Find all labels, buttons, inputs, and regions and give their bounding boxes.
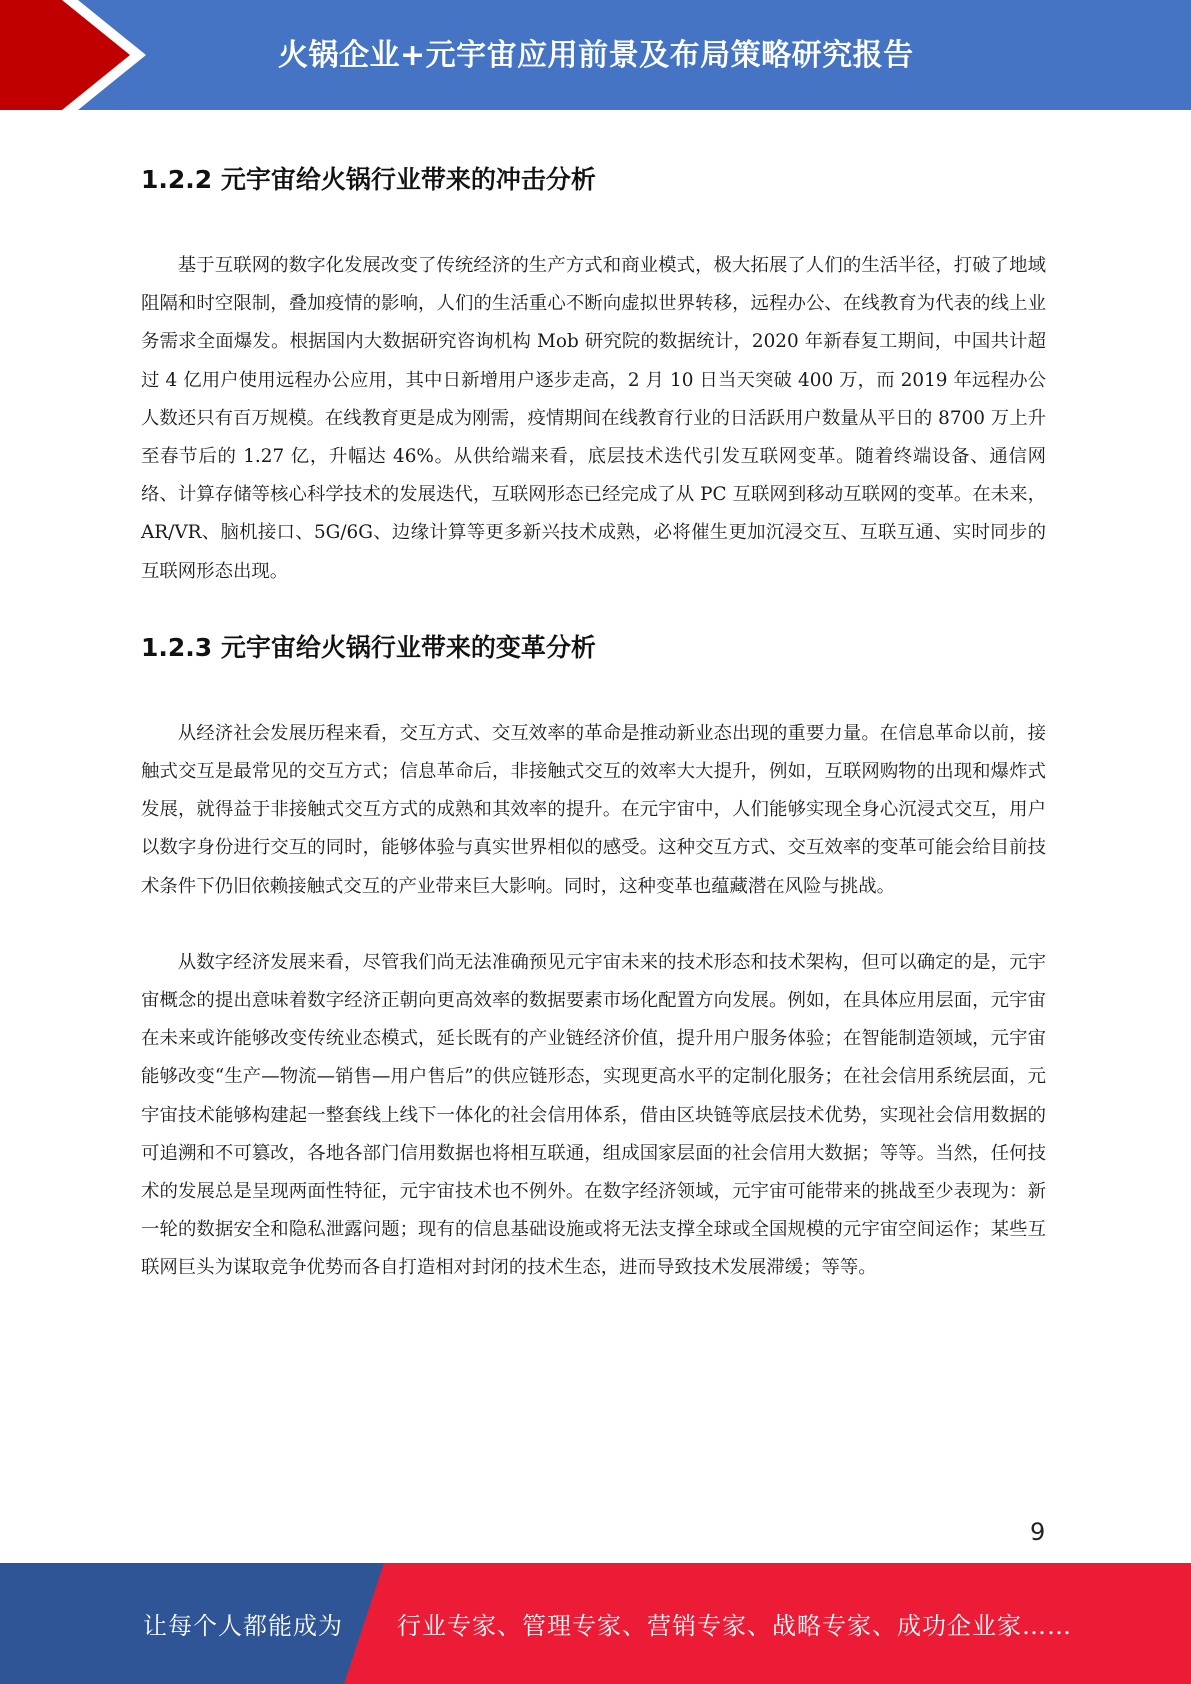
document-body: 1.2.2 元宇宙给火锅行业带来的冲击分析 基于互联网的数字化发展改变了传统经济… xyxy=(141,160,1046,1288)
section-1-2-2-paragraph: 基于互联网的数字化发展改变了传统经济的生产方式和商业模式，极大拓展了人们的生活半… xyxy=(141,247,1046,591)
section-heading-1-2-2: 1.2.2 元宇宙给火锅行业带来的冲击分析 xyxy=(141,160,1046,200)
footer-slogan-left: 让每个人都能成为 xyxy=(143,1606,343,1641)
report-title: 火锅企业+元宇宙应用前景及布局策略研究报告 xyxy=(278,30,914,74)
footer-slogan-band: 让每个人都能成为 行业专家、管理专家、营销专家、战略专家、成功企业家…… xyxy=(0,1563,1191,1684)
report-header-band: 火锅企业+元宇宙应用前景及布局策略研究报告 xyxy=(0,0,1191,110)
section-heading-1-2-3: 1.2.3 元宇宙给火锅行业带来的变革分析 xyxy=(141,628,1046,668)
page-number: 9 xyxy=(1030,1518,1045,1546)
footer-slogan-right: 行业专家、管理专家、营销专家、战略专家、成功企业家…… xyxy=(397,1606,1072,1641)
section-1-2-3-paragraph-2: 从数字经济发展来看，尽管我们尚无法准确预见元宇宙未来的技术形态和技术架构，但可以… xyxy=(141,944,1046,1288)
section-1-2-3-paragraph-1: 从经济社会发展历程来看，交互方式、交互效率的革命是推动新业态出现的重要力量。在信… xyxy=(141,715,1046,906)
